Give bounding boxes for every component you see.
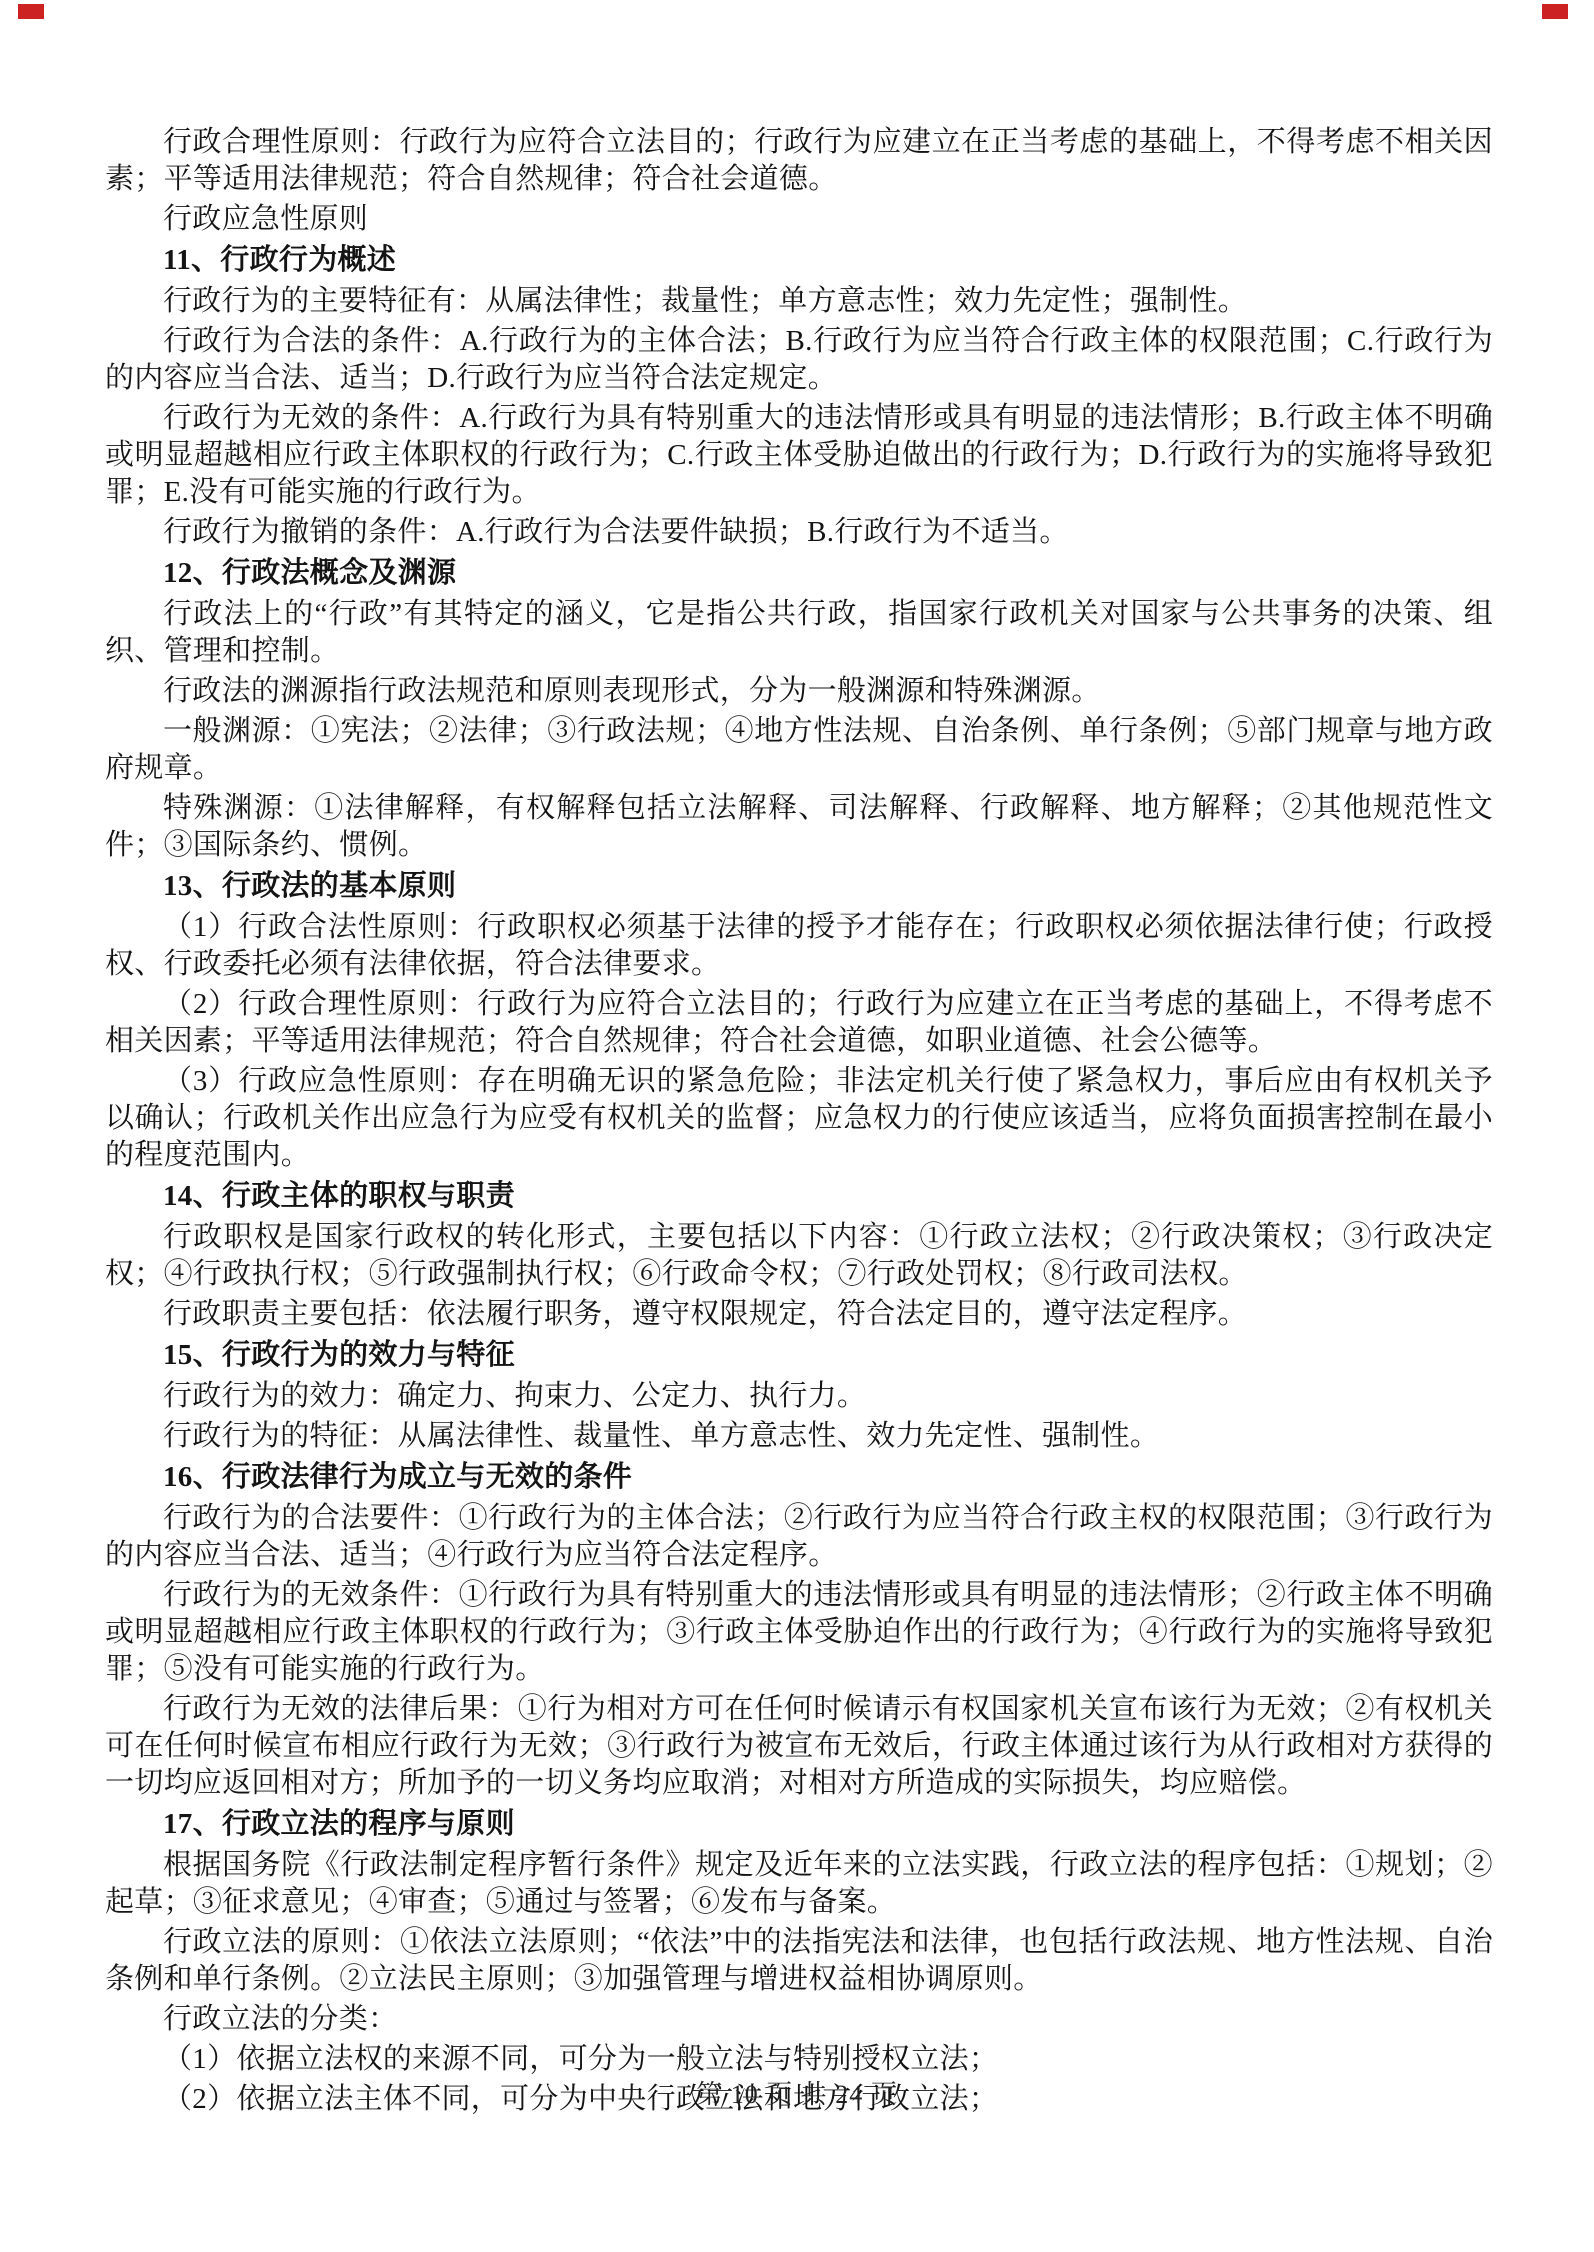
section-heading-14: 14、行政主体的职权与职责 [105, 1178, 1493, 1215]
scan-artifact-right [1542, 4, 1568, 19]
paragraph: 行政行为的合法要件：①行政行为的主体合法；②行政行为应当符合行政主权的权限范围；… [105, 1500, 1493, 1574]
page-number-footer: 第 10 页 共 24 页 [0, 2074, 1594, 2111]
paragraph: 行政职权是国家行政权的转化形式，主要包括以下内容：①行政立法权；②行政决策权；③… [105, 1219, 1493, 1293]
document-page: 行政合理性原则：行政行为应符合立法目的；行政行为应建立在正当考虑的基础上，不得考… [0, 0, 1594, 2252]
document-body: 行政合理性原则：行政行为应符合立法目的；行政行为应建立在正当考虑的基础上，不得考… [105, 124, 1493, 2121]
section-heading-17: 17、行政立法的程序与原则 [105, 1806, 1493, 1843]
paragraph: （1）依据立法权的来源不同，可分为一般立法与特别授权立法； [105, 2041, 1493, 2078]
paragraph: 行政合理性原则：行政行为应符合立法目的；行政行为应建立在正当考虑的基础上，不得考… [105, 124, 1493, 198]
paragraph: 行政行为无效的法律后果：①行为相对方可在任何时候请示有权国家机关宣布该行为无效；… [105, 1691, 1493, 1802]
paragraph: 行政行为的主要特征有：从属法律性；裁量性；单方意志性；效力先定性；强制性。 [105, 283, 1493, 320]
paragraph: 一般渊源：①宪法；②法律；③行政法规；④地方性法规、自治条例、单行条例；⑤部门规… [105, 713, 1493, 787]
paragraph: （3）行政应急性原则：存在明确无识的紧急危险；非法定机关行使了紧急权力，事后应由… [105, 1063, 1493, 1174]
paragraph: 行政法的渊源指行政法规范和原则表现形式，分为一般渊源和特殊渊源。 [105, 673, 1493, 710]
paragraph: （1）行政合法性原则：行政职权必须基于法律的授予才能存在；行政职权必须依据法律行… [105, 909, 1493, 983]
paragraph: 根据国务院《行政法制定程序暂行条件》规定及近年来的立法实践，行政立法的程序包括：… [105, 1847, 1493, 1921]
paragraph: 特殊渊源：①法律解释，有权解释包括立法解释、司法解释、行政解释、地方解释；②其他… [105, 790, 1493, 864]
paragraph: 行政职责主要包括：依法履行职务，遵守权限规定，符合法定目的，遵守法定程序。 [105, 1296, 1493, 1333]
section-heading-11: 11、行政行为概述 [105, 242, 1493, 279]
paragraph: 行政行为的特征：从属法律性、裁量性、单方意志性、效力先定性、强制性。 [105, 1418, 1493, 1455]
paragraph: 行政行为无效的条件：A.行政行为具有特别重大的违法情形或具有明显的违法情形；B.… [105, 400, 1493, 511]
paragraph: 行政行为的效力：确定力、拘束力、公定力、执行力。 [105, 1378, 1493, 1415]
paragraph: （2）行政合理性原则：行政行为应符合立法目的；行政行为应建立在正当考虑的基础上，… [105, 986, 1493, 1060]
paragraph: 行政行为撤销的条件：A.行政行为合法要件缺损；B.行政行为不适当。 [105, 514, 1493, 551]
paragraph: 行政立法的原则：①依法立法原则；“依法”中的法指宪法和法律，也包括行政法规、地方… [105, 1924, 1493, 1998]
paragraph: 行政行为的无效条件：①行政行为具有特别重大的违法情形或具有明显的违法情形；②行政… [105, 1577, 1493, 1688]
section-heading-15: 15、行政行为的效力与特征 [105, 1337, 1493, 1374]
scan-artifact-left [18, 4, 44, 19]
section-heading-12: 12、行政法概念及渊源 [105, 555, 1493, 592]
section-heading-16: 16、行政法律行为成立与无效的条件 [105, 1459, 1493, 1496]
paragraph: 行政立法的分类： [105, 2001, 1493, 2038]
paragraph: 行政法上的“行政”有其特定的涵义，它是指公共行政，指国家行政机关对国家与公共事务… [105, 596, 1493, 670]
paragraph: 行政行为合法的条件：A.行政行为的主体合法；B.行政行为应当符合行政主体的权限范… [105, 323, 1493, 397]
section-heading-13: 13、行政法的基本原则 [105, 868, 1493, 905]
paragraph: 行政应急性原则 [105, 201, 1493, 238]
